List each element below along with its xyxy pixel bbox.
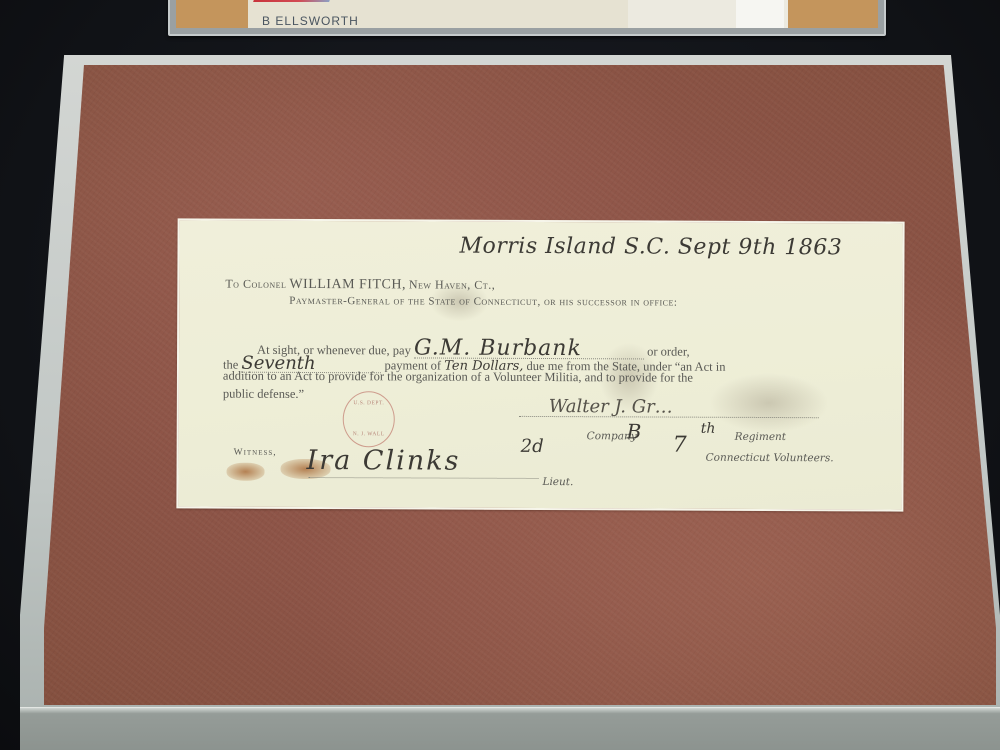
- regiment-label: Regiment: [735, 431, 786, 443]
- case-base: [20, 707, 1000, 750]
- witness-label: Witness,: [234, 448, 277, 458]
- postmark-top-text: U.S. DEPT.: [344, 400, 394, 406]
- addressee-prefix: To Colonel: [225, 277, 286, 291]
- addressee-title: Paymaster-General of the State of Connec…: [289, 295, 677, 309]
- witness-line: [309, 477, 539, 479]
- top-envelope-edge: [736, 0, 784, 28]
- postmark-stamp: U.S. DEPT. N. J. WALL: [343, 391, 395, 447]
- body-line-3: addition to an Act to provide for the or…: [223, 369, 693, 386]
- witness-rank-number: 2d: [521, 436, 544, 457]
- body-line-4: public defense.”: [223, 387, 304, 402]
- volunteers-label: Connecticut Volunteers.: [706, 452, 834, 465]
- addressee-name: WILLIAM FITCH,: [289, 277, 406, 293]
- officer-signature: Walter J. Gr…: [549, 396, 673, 418]
- addressee-location: New Haven, Ct.,: [409, 277, 495, 291]
- top-case-backing: B ELLSWORTH: [176, 0, 878, 28]
- top-cover-label: B ELLSWORTH: [262, 14, 359, 28]
- regiment-suffix: th: [701, 421, 716, 437]
- top-display-case: B ELLSWORTH: [168, 0, 886, 36]
- pay-voucher-document: Morris Island S.C. Sept 9th 1863 To Colo…: [176, 218, 904, 511]
- addressee-line: To Colonel WILLIAM FITCH, New Haven, Ct.…: [225, 277, 495, 294]
- regiment-number: 7: [673, 433, 687, 458]
- cachet-illustration: [253, 0, 335, 2]
- stain: [226, 463, 264, 481]
- witness-signature: Ira Clinks: [307, 445, 461, 477]
- postmark-bottom-text: N. J. WALL: [344, 431, 394, 437]
- lieut-label: Lieut.: [542, 476, 573, 488]
- company-value: B: [627, 419, 642, 443]
- place-date: Morris Island S.C. Sept 9th 1863: [459, 234, 842, 261]
